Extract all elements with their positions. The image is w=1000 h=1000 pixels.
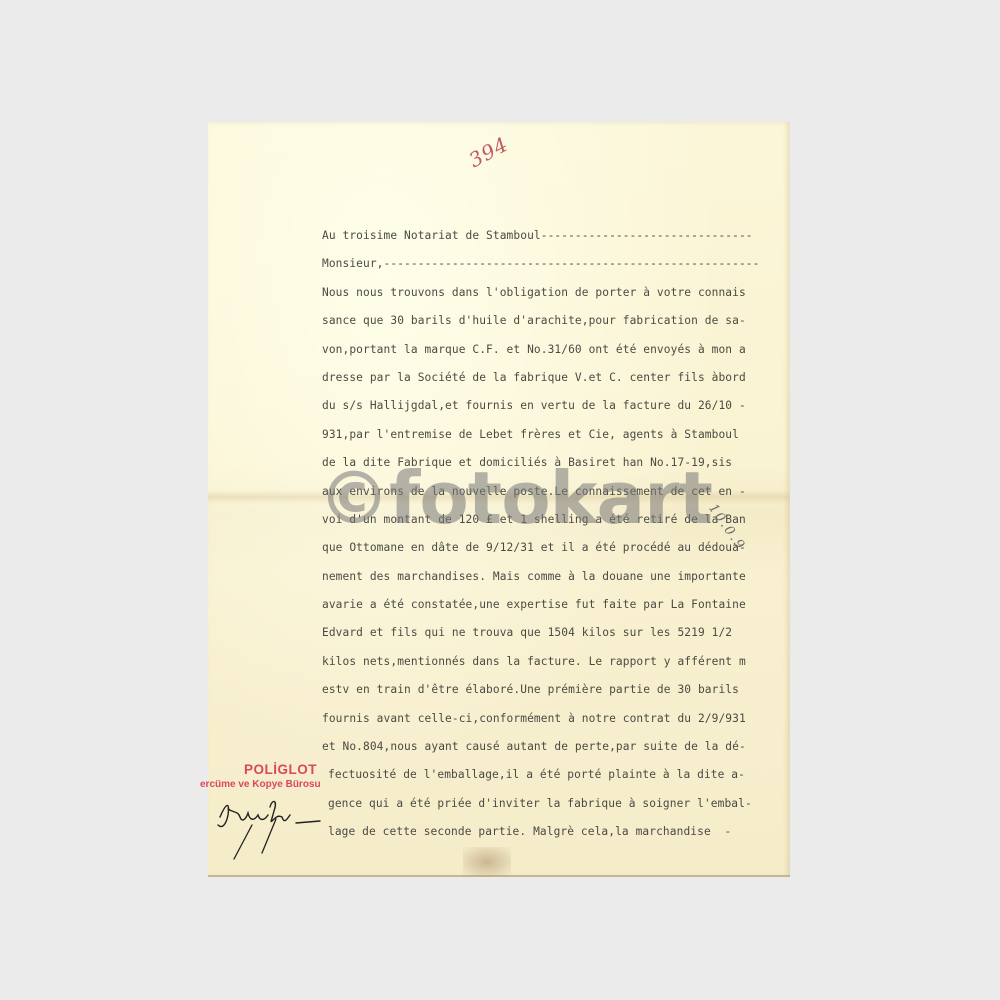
text-line: estv en train d'être élaboré.Une prémièr… [322, 676, 792, 704]
text-line: kilos nets,mentionnés dans la facture. L… [322, 648, 792, 676]
text-line: fectuosité de l'emballage,il a été porté… [322, 761, 792, 789]
text-line: et No.804,nous ayant causé autant de per… [322, 733, 792, 761]
stamp-title: POLİGLOT [244, 762, 340, 777]
stamp-subtitle: ercüme ve Kopye Bürosu [200, 779, 340, 790]
text-line: Edvard et fils qui ne trouva que 1504 ki… [322, 619, 792, 647]
text-line: dresse par la Société de la fabrique V.e… [322, 364, 792, 392]
watermark: ©fotokart [318, 462, 712, 534]
text-line: du s/s Hallijgdal,et fournis en vertu de… [322, 392, 792, 420]
signature-icon [212, 795, 322, 865]
text-line: lage de cette seconde partie. Malgrè cel… [322, 818, 792, 846]
translation-bureau-stamp: POLİGLOT ercüme ve Kopye Bürosu [200, 762, 340, 790]
text-line: 931,par l'entremise de Lebet frères et C… [322, 421, 792, 449]
text-line: nement des marchandises. Mais comme à la… [322, 563, 792, 591]
paper-stain [463, 847, 511, 877]
text-line: von,portant la marque C.F. et No.31/60 o… [322, 336, 792, 364]
text-line: Monsieur,-------------------------------… [322, 250, 792, 278]
text-line: fournis avant celle-ci,conformément à no… [322, 705, 792, 733]
text-line: gence qui a été priée d'inviter la fabri… [322, 790, 792, 818]
text-line: sance que 30 barils d'huile d'arachite,p… [322, 307, 792, 335]
text-line: Au troisime Notariat de Stamboul--------… [322, 222, 792, 250]
text-line: avarie a été constatée,une expertise fut… [322, 591, 792, 619]
text-line: Nous nous trouvons dans l'obligation de … [322, 279, 792, 307]
